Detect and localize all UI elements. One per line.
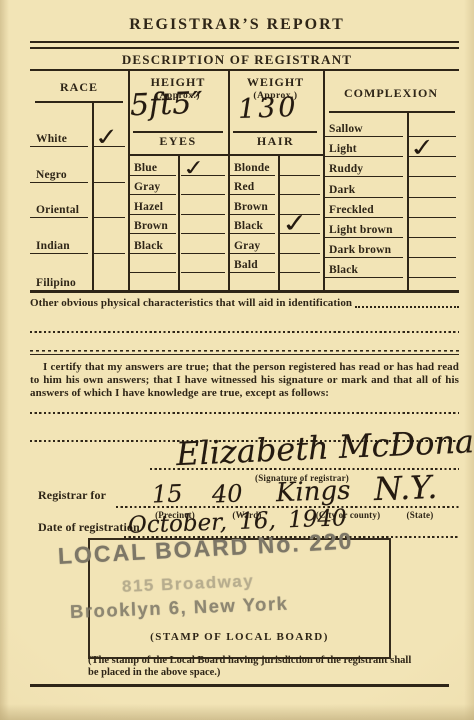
state-value: N.Y. <box>373 468 438 508</box>
eye-color-label: Gray <box>128 176 176 196</box>
date-of-registration-label: Date of registration <box>38 521 140 534</box>
eyes-row-brown: Brown <box>128 215 228 235</box>
precinct-value: 15 <box>152 479 184 508</box>
writein-dotline <box>30 331 459 333</box>
hair-row-blonde: Blonde <box>228 156 323 176</box>
hair-row-gray: Gray <box>228 234 323 254</box>
eyes-blue-checkbox: ✓ <box>181 156 225 176</box>
race-indian-checkbox <box>93 218 125 254</box>
complexion-row-dark-brown: Dark brown <box>323 238 459 258</box>
hair-color-label: Blonde <box>228 156 275 176</box>
weight-value: 130 <box>237 92 299 125</box>
registrar-report-card: REGISTRAR’S REPORT DESCRIPTION OF REGIST… <box>0 0 474 720</box>
eyes-row-gray: Gray <box>128 176 228 196</box>
complexion-light-brown-checkbox <box>408 218 456 238</box>
complexion-dark-brown-checkbox <box>408 238 456 258</box>
eyes-row-hazel: Hazel <box>128 195 228 215</box>
eyes-hazel-checkbox <box>181 195 225 215</box>
complexion-row-light-brown: Light brown <box>323 218 459 238</box>
stamp-box-caption: (STAMP OF LOCAL BOARD) <box>90 631 389 643</box>
race-header: RACE <box>30 81 128 93</box>
race-options: White ✓ Negro Oriental Indian Filipino <box>30 111 128 290</box>
race-white-checkbox: ✓ <box>93 111 125 147</box>
complexion-row-ruddy: Ruddy <box>323 157 459 177</box>
race-row-filipino: Filipino <box>30 254 128 290</box>
eyes-row-blank <box>128 254 228 274</box>
race-label: Indian <box>30 218 88 254</box>
other-characteristics-row: Other obvious physical characteristics t… <box>30 297 459 310</box>
complexion-label: Light brown <box>323 218 403 238</box>
height-value: 5ft5″ <box>129 86 203 124</box>
race-label: Negro <box>30 147 88 183</box>
complexion-label: Dark <box>323 177 403 197</box>
eye-color-label <box>128 254 176 274</box>
complexion-header: COMPLEXION <box>323 87 459 99</box>
registrar-signature: Elizabeth McDonald <box>175 421 474 473</box>
weight-writein-line <box>233 131 317 133</box>
complexion-options: Sallow Light ✓ Ruddy Dark Freckled Light… <box>323 117 459 278</box>
eyes-black-checkbox <box>181 234 225 254</box>
complexion-label: Ruddy <box>323 157 403 177</box>
eyes-gray-checkbox <box>181 176 225 196</box>
complexion-dark-checkbox <box>408 177 456 197</box>
race-row-oriental: Oriental <box>30 183 128 219</box>
complexion-row-dark: Dark <box>323 177 459 197</box>
eyes-brown-checkbox <box>181 215 225 235</box>
complexion-row-freckled: Freckled <box>323 198 459 218</box>
hair-color-label: Gray <box>228 234 275 254</box>
check-icon: ✓ <box>280 211 310 235</box>
bottom-rule <box>30 684 449 687</box>
complexion-label: Freckled <box>323 198 403 218</box>
race-oriental-checkbox <box>93 183 125 219</box>
complexion-label: Black <box>323 258 403 278</box>
other-characteristics-label: Other obvious physical characteristics t… <box>30 297 352 310</box>
hair-color-label: Black <box>228 215 275 235</box>
complexion-header-underline <box>329 111 455 113</box>
eyes-header: EYES <box>128 134 228 149</box>
title-double-rule <box>30 41 459 49</box>
eyes-options: Blue ✓ Gray Hazel Brown Black <box>128 156 228 273</box>
complexion-label: Sallow <box>323 117 403 137</box>
registrar-for-label: Registrar for <box>38 489 106 502</box>
complexion-freckled-checkbox <box>408 198 456 218</box>
complexion-ruddy-checkbox <box>408 157 456 177</box>
hair-row-black: Black ✓ <box>228 215 323 235</box>
other-characteristics-writein <box>355 306 459 308</box>
hair-row-red: Red <box>228 176 323 196</box>
hair-color-label: Bald <box>228 254 275 274</box>
hair-color-label: Brown <box>228 195 275 215</box>
hair-bald-checkbox <box>280 254 320 274</box>
race-label: White <box>30 111 88 147</box>
race-negro-checkbox <box>93 147 125 183</box>
complexion-row-light: Light ✓ <box>323 137 459 157</box>
complexion-row-sallow: Sallow <box>323 117 459 137</box>
stamp-footnote: (The stamp of the Local Board having jur… <box>88 655 414 679</box>
hair-red-checkbox <box>280 176 320 196</box>
hair-color-label: Red <box>228 176 275 196</box>
section-title: DESCRIPTION OF REGISTRANT <box>0 52 474 68</box>
hair-row-bald: Bald <box>228 254 323 274</box>
eye-color-label: Blue <box>128 156 176 176</box>
page-title: REGISTRAR’S REPORT <box>0 16 474 34</box>
race-row-indian: Indian <box>30 218 128 254</box>
race-header-underline <box>35 101 123 103</box>
complexion-row-black: Black <box>323 258 459 278</box>
eyes-row-black: Black <box>128 234 228 254</box>
state-caption: (State) <box>407 510 434 520</box>
hair-header: HAIR <box>228 134 323 149</box>
height-writein-line <box>133 131 223 133</box>
exceptions-dotline-1 <box>30 412 459 414</box>
race-label: Oriental <box>30 183 88 219</box>
hair-blonde-checkbox <box>280 156 320 176</box>
eyes-blank-checkbox <box>181 254 225 274</box>
hair-gray-checkbox <box>280 234 320 254</box>
hair-black-checkbox: ✓ <box>280 215 320 235</box>
section-separator <box>30 350 459 355</box>
eye-color-label: Brown <box>128 215 176 235</box>
eye-color-label: Black <box>128 234 176 254</box>
race-row-negro: Negro <box>30 147 128 183</box>
eyes-row-blue: Blue ✓ <box>128 156 228 176</box>
complexion-black-checkbox <box>408 258 456 278</box>
race-filipino-checkbox <box>93 254 125 290</box>
race-label: Filipino <box>30 254 88 290</box>
hair-options: Blonde Red Brown Black ✓ Gray Bald <box>228 156 323 273</box>
race-row-white: White ✓ <box>30 111 128 147</box>
certification-text: I certify that my answers are true; that… <box>30 361 459 400</box>
complexion-label: Dark brown <box>323 238 403 258</box>
ward-value: 40 <box>212 479 244 508</box>
complexion-light-checkbox: ✓ <box>408 137 456 157</box>
eye-color-label: Hazel <box>128 195 176 215</box>
hair-row-brown: Brown <box>228 195 323 215</box>
complexion-label: Light <box>323 137 403 157</box>
weight-header-text: WEIGHT <box>247 75 304 89</box>
city-county-value: Kings <box>275 476 350 509</box>
description-table: RACE HEIGHT (Approx.) WEIGHT (Approx.) C… <box>30 71 459 293</box>
